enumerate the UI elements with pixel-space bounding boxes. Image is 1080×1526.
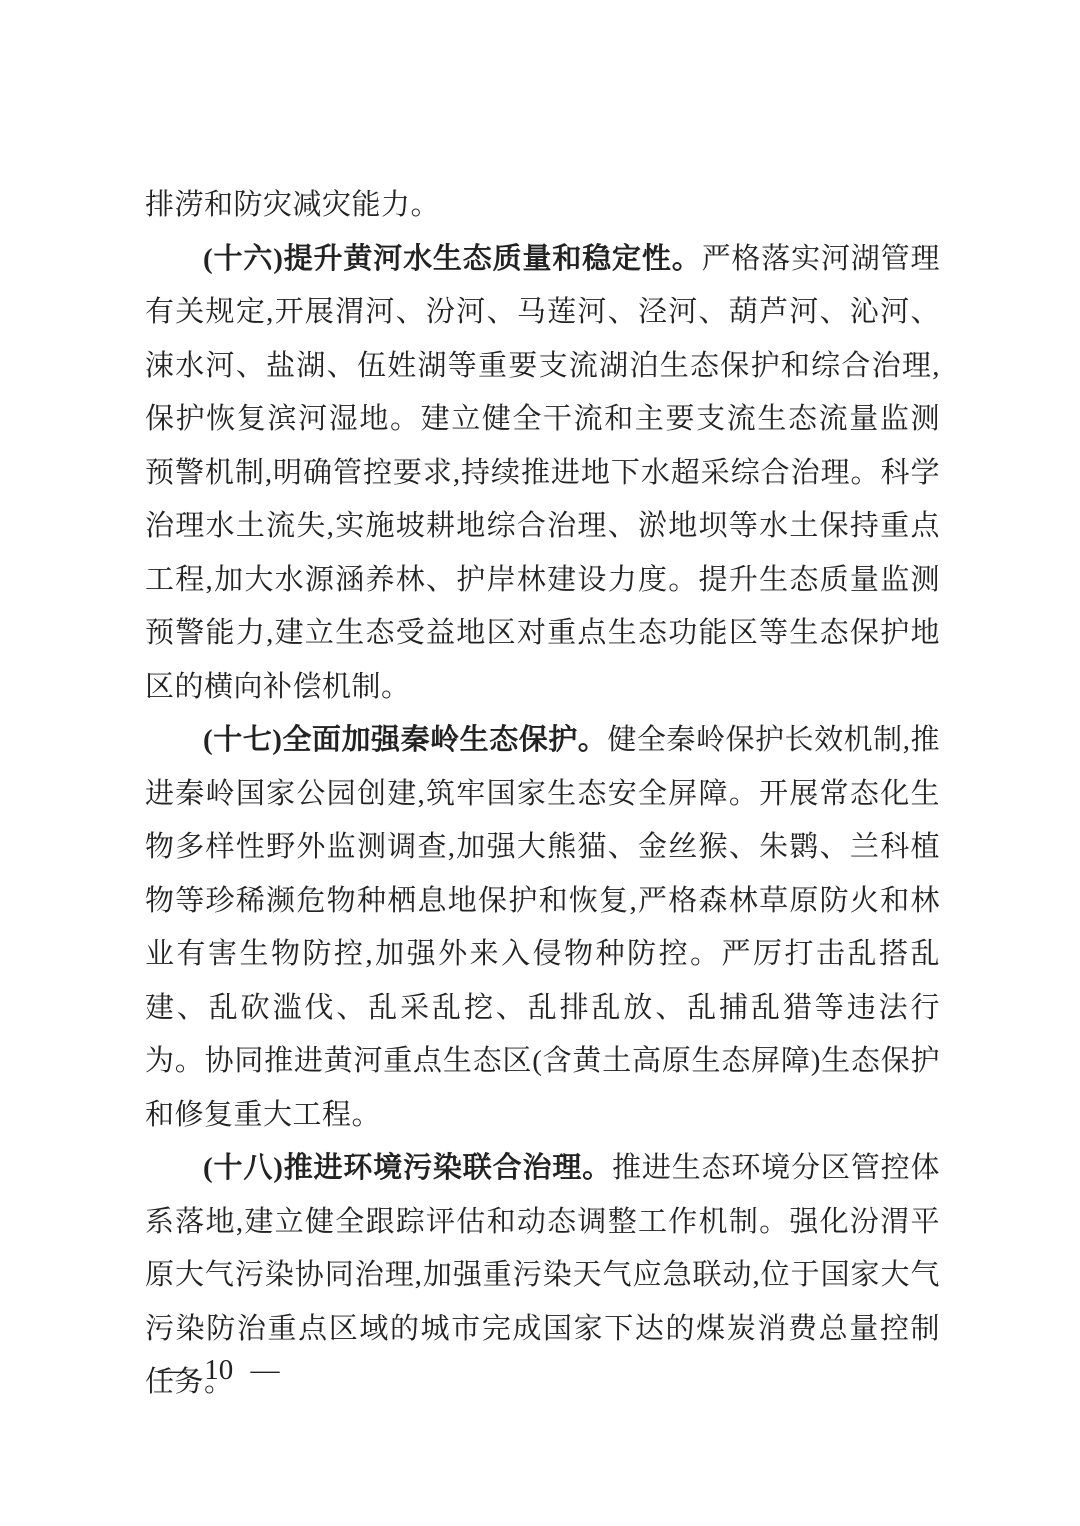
- document-body: 排涝和防灾减灾能力。 (十六)提升黄河水生态质量和稳定性。严格落实河湖管理有关规…: [145, 179, 940, 1410]
- paragraph-heading: (十八)推进环境污染联合治理。: [203, 1152, 612, 1184]
- paragraph-text: 健全秦岭保护长效机制,推进秦岭国家公园创建,筑牢国家生态安全屏障。开展常态化生物…: [145, 724, 940, 1131]
- paragraph-heading: (十六)提升黄河水生态质量和稳定性。: [203, 243, 702, 275]
- paragraph-item-17: (十七)全面加强秦岭生态保护。健全秦岭保护长效机制,推进秦岭国家公园创建,筑牢国…: [145, 714, 940, 1142]
- page-number: — 10 —: [158, 1350, 280, 1390]
- paragraph-text: 严格落实河湖管理有关规定,开展渭河、汾河、马莲河、泾河、葫芦河、沁河、涑水河、盐…: [145, 243, 940, 703]
- paragraph-item-16: (十六)提升黄河水生态质量和稳定性。严格落实河湖管理有关规定,开展渭河、汾河、马…: [145, 233, 940, 715]
- paragraph-text: 排涝和防灾减灾能力。: [145, 189, 440, 221]
- document-page: 排涝和防灾减灾能力。 (十六)提升黄河水生态质量和稳定性。严格落实河湖管理有关规…: [0, 0, 1080, 1526]
- paragraph-heading: (十七)全面加强秦岭生态保护。: [203, 724, 607, 756]
- paragraph-continuation: 排涝和防灾减灾能力。: [145, 179, 940, 233]
